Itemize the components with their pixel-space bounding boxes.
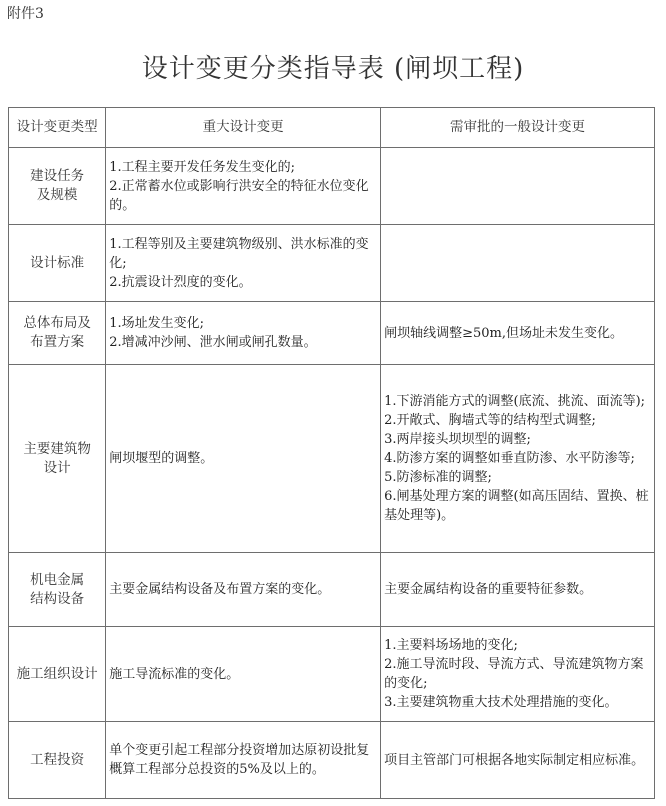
- table-row: 总体布局及 布置方案 1.场址发生变化; 2.增减冲沙闸、泄水闸或闸孔数量。 闸…: [9, 302, 655, 365]
- table-row: 建设任务 及规模 1.工程主要开发任务发生变化的; 2.正常蓄水位或影响行洪安全…: [9, 148, 655, 225]
- type-cell: 设计标准: [9, 225, 106, 302]
- general-change-cell: 项目主管部门可根据各地实际制定相应标准。: [381, 722, 655, 799]
- general-change-cell: 1.下游消能方式的调整(底流、挑流、面流等); 2.开敞式、胸墙式等的结构型式调…: [381, 365, 655, 553]
- major-change-cell: 1.场址发生变化; 2.增减冲沙闸、泄水闸或闸孔数量。: [106, 302, 381, 365]
- table-row: 施工组织设计 施工导流标准的变化。 1.主要料场场地的变化; 2.施工导流时段、…: [9, 627, 655, 722]
- attachment-label: 附件3: [7, 3, 44, 23]
- general-change-cell: 主要金属结构设备的重要特征参数。: [381, 553, 655, 627]
- type-cell: 机电金属 结构设备: [9, 553, 106, 627]
- major-change-cell: 施工导流标准的变化。: [106, 627, 381, 722]
- major-change-cell: 单个变更引起工程部分投资增加达原初设批复概算工程部分总投资的5%及以上的。: [106, 722, 381, 799]
- type-cell: 工程投资: [9, 722, 106, 799]
- general-change-cell: 闸坝轴线调整≥50m,但场址未发生变化。: [381, 302, 655, 365]
- general-change-cell: [381, 148, 655, 225]
- major-change-cell: 1.工程等别及主要建筑物级别、洪水标准的变化; 2.抗震设计烈度的变化。: [106, 225, 381, 302]
- major-change-cell: 1.工程主要开发任务发生变化的; 2.正常蓄水位或影响行洪安全的特征水位变化的。: [106, 148, 381, 225]
- table-row: 主要建筑物 设计 闸坝堰型的调整。 1.下游消能方式的调整(底流、挑流、面流等)…: [9, 365, 655, 553]
- header-type: 设计变更类型: [9, 108, 106, 148]
- general-change-cell: 1.主要料场场地的变化; 2.施工导流时段、导流方式、导流建筑物方案的变化; 3…: [381, 627, 655, 722]
- type-cell: 建设任务 及规模: [9, 148, 106, 225]
- header-general: 需审批的一般设计变更: [381, 108, 655, 148]
- table-header-row: 设计变更类型 重大设计变更 需审批的一般设计变更: [9, 108, 655, 148]
- general-change-cell: [381, 225, 655, 302]
- type-cell: 主要建筑物 设计: [9, 365, 106, 553]
- major-change-cell: 闸坝堰型的调整。: [106, 365, 381, 553]
- table-row: 设计标准 1.工程等别及主要建筑物级别、洪水标准的变化; 2.抗震设计烈度的变化…: [9, 225, 655, 302]
- header-major: 重大设计变更: [106, 108, 381, 148]
- table-row: 工程投资 单个变更引起工程部分投资增加达原初设批复概算工程部分总投资的5%及以上…: [9, 722, 655, 799]
- document-title: 设计变更分类指导表 (闸坝工程): [0, 48, 666, 85]
- type-cell: 总体布局及 布置方案: [9, 302, 106, 365]
- major-change-cell: 主要金属结构设备及布置方案的变化。: [106, 553, 381, 627]
- design-change-table: 设计变更类型 重大设计变更 需审批的一般设计变更 建设任务 及规模 1.工程主要…: [8, 107, 655, 799]
- type-cell: 施工组织设计: [9, 627, 106, 722]
- table-row: 机电金属 结构设备 主要金属结构设备及布置方案的变化。 主要金属结构设备的重要特…: [9, 553, 655, 627]
